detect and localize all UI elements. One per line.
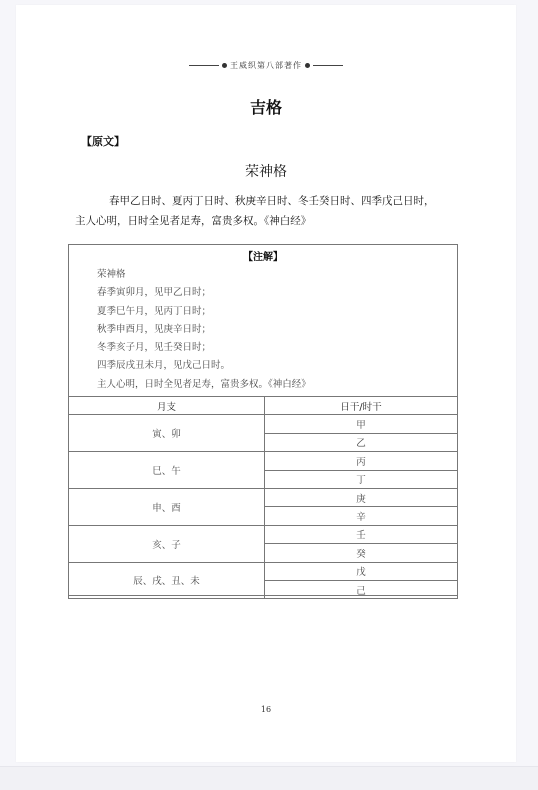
viewer-bottom-bar — [0, 766, 538, 790]
table-cell-branch: 寅、卯 — [69, 415, 265, 452]
document-page: 王威织第八部著作 吉格 【原文】 荣神格 春甲乙日时、夏丙丁日时、秋庚辛日时、冬… — [16, 5, 516, 762]
page-number: 16 — [16, 705, 516, 714]
table-cell-stem: 丁 — [265, 470, 458, 488]
annotation-line: 主人心明，日时全见者足寿，富贵多权。《神白经》 — [97, 376, 311, 394]
section-label-original: 【原文】 — [81, 133, 125, 149]
table-header-day-hour-stem: 日干/时干 — [265, 397, 458, 415]
running-header: 王威织第八部著作 — [16, 60, 516, 71]
table-header-month-branch: 月支 — [69, 397, 265, 415]
table-row: 辰、戌、丑、未 戊 — [69, 562, 458, 580]
branch-stem-table: 月支 日干/时干 寅、卯 甲 乙 巳、午 丙 丁 申、酉 庚 辛 — [68, 396, 458, 599]
table-cell-stem: 甲 — [265, 415, 458, 433]
original-text-line-2: 主人心明，日时全见者足寿，富贵多权。《神白经》 — [75, 211, 488, 231]
section-subtitle: 荣神格 — [16, 161, 516, 181]
header-rule-right — [313, 65, 343, 66]
table-row: 寅、卯 甲 — [69, 415, 458, 433]
table-cell-stem: 丙 — [265, 452, 458, 470]
table-cell-branch: 巳、午 — [69, 452, 265, 489]
annotation-line: 冬季亥子月，见壬癸日时； — [97, 339, 311, 357]
table-row: 亥、子 壬 — [69, 525, 458, 543]
page-title: 吉格 — [16, 95, 516, 118]
table-cell-branch: 亥、子 — [69, 525, 265, 562]
annotation-lines: 荣神格 春季寅卯月，见甲乙日时； 夏季巳午月，见丙丁日时； 秋季申酉月，见庚辛日… — [97, 266, 311, 394]
table-cell-branch: 辰、戌、丑、未 — [69, 562, 265, 599]
table-cell-stem: 癸 — [265, 544, 458, 562]
table-row: 巳、午 丙 — [69, 452, 458, 470]
annotation-line: 四季辰戌丑未月，见戊己日时。 — [97, 357, 311, 375]
table-cell-stem: 己 — [265, 580, 458, 598]
annotation-line: 秋季申酉月，见庚辛日时； — [97, 321, 311, 339]
table-cell-stem: 庚 — [265, 488, 458, 506]
table-header-row: 月支 日干/时干 — [69, 397, 458, 415]
annotation-line: 春季寅卯月，见甲乙日时； — [97, 284, 311, 302]
table-cell-branch: 申、酉 — [69, 488, 265, 525]
table-cell-stem: 壬 — [265, 525, 458, 543]
header-ornament-left-icon — [222, 63, 227, 68]
annotation-box: 【注解】 荣神格 春季寅卯月，见甲乙日时； 夏季巳午月，见丙丁日时； 秋季申酉月… — [68, 244, 458, 596]
annotation-line: 夏季巳午月，见丙丁日时； — [97, 303, 311, 321]
header-rule-left — [189, 65, 219, 66]
annotation-title: 【注解】 — [69, 248, 457, 263]
original-text: 春甲乙日时、夏丙丁日时、秋庚辛日时、冬壬癸日时、四季戊己日时， 主人心明，日时全… — [88, 191, 488, 231]
original-text-line-1: 春甲乙日时、夏丙丁日时、秋庚辛日时、冬壬癸日时、四季戊己日时， — [88, 191, 488, 211]
table-cell-stem: 乙 — [265, 433, 458, 451]
table-row: 申、酉 庚 — [69, 488, 458, 506]
table-cell-stem: 辛 — [265, 507, 458, 525]
running-header-text: 王威织第八部著作 — [230, 60, 302, 71]
annotation-line: 荣神格 — [97, 266, 311, 284]
header-ornament-right-icon — [305, 63, 310, 68]
table-cell-stem: 戊 — [265, 562, 458, 580]
